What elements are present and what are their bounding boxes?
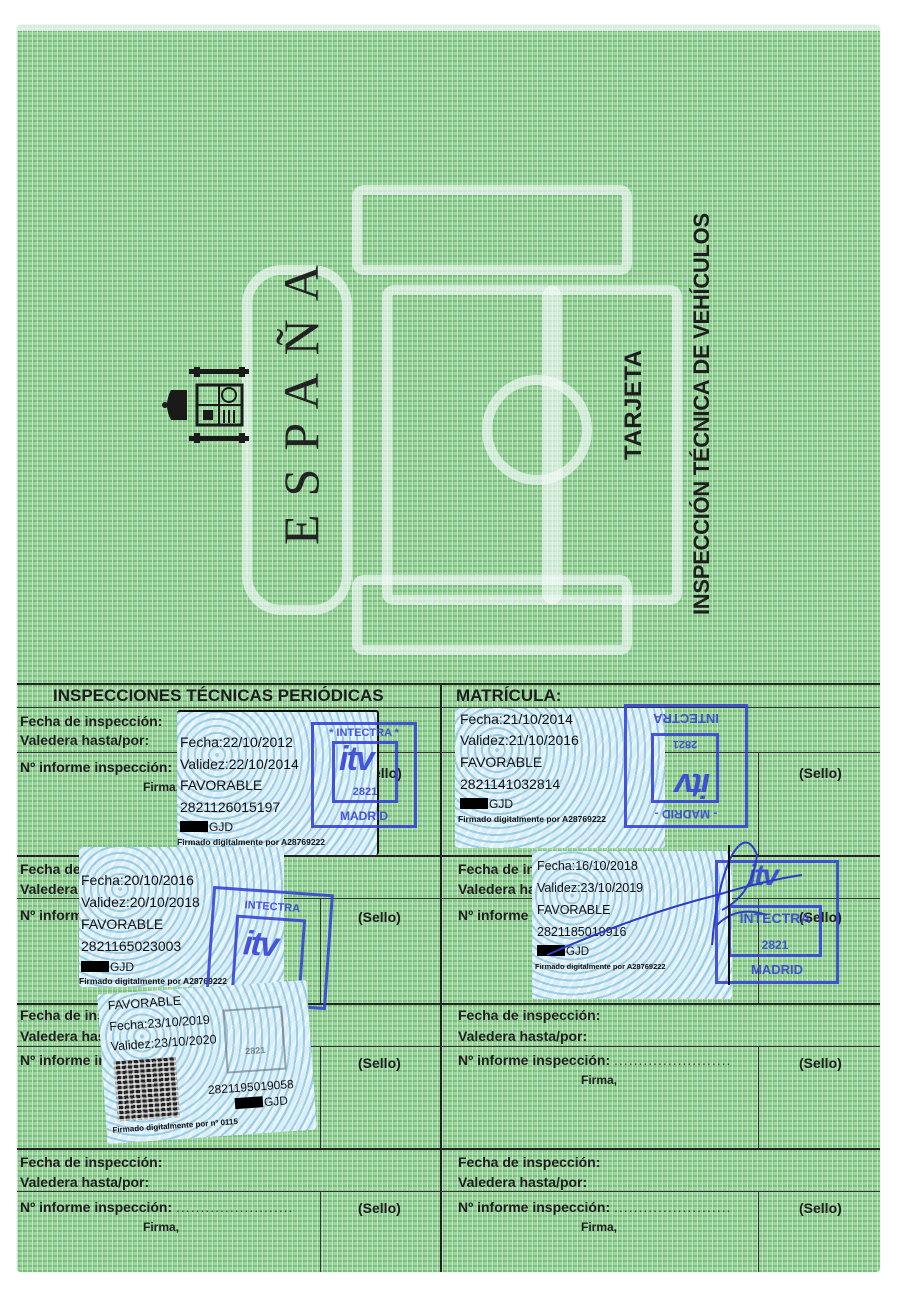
report-number-text: Nº informe inspección: (20, 1199, 172, 1215)
inspection-date-label: Fecha de inspección: (20, 713, 162, 729)
sticker-report-number: 2821141032814 (460, 776, 560, 792)
plate-suffix: GJD (209, 820, 233, 834)
seal-divider (320, 1046, 321, 1148)
seal-divider (758, 1191, 759, 1272)
plate-suffix: GJD (110, 960, 134, 974)
redaction-bar (180, 821, 208, 832)
valid-until-label: Valedera hasta/por: (20, 732, 149, 748)
report-number-text: Nº informe inspección: (458, 1199, 610, 1215)
redaction-bar (81, 961, 109, 972)
qr-code-icon (114, 1057, 180, 1121)
sticker-plate: GJD (235, 1093, 289, 1111)
sticker-validity: Validez:22/10/2014 (180, 756, 299, 772)
stamp-code: 2821 (227, 1044, 284, 1058)
faded-stamp: 2821 (222, 1006, 286, 1074)
inspection-date-label: Fecha de inspección: (458, 1154, 600, 1170)
stamp-code: 2821 (335, 786, 395, 798)
inspection-sticker: FAVORABLE Fecha:23/10/2019 Validez:23/10… (97, 980, 317, 1144)
sticker-plate: GJD (180, 820, 233, 834)
handwritten-signature (517, 825, 817, 985)
stamp-inner-box: itv 2821 (332, 741, 398, 803)
inspection-date-label: Fecha de inspección: (20, 1154, 162, 1170)
report-number-label: Nº informe inspección: (20, 759, 172, 775)
grid-line (17, 707, 880, 708)
report-number-dots: ........................ (614, 1052, 731, 1068)
sticker-report-number: 2821165023003 (81, 938, 181, 954)
stamp-city: MADRID (314, 809, 414, 823)
itv-stamp: * INTECTRA * itv 2821 MADRID (311, 722, 417, 828)
valid-until-label: Valedera hasta/por: (20, 1174, 149, 1190)
report-number-dots: ........................ (614, 1199, 731, 1215)
stamp-city: INTECTRA (627, 711, 745, 726)
signature-label: Firma, (581, 1073, 617, 1087)
country-title: ESPAÑA (272, 247, 330, 545)
itv-logo-icon: itv (676, 765, 710, 804)
grid-line (17, 683, 880, 685)
sticker-plate: GJD (81, 960, 134, 974)
sticker-date: Fecha:23/10/2019 (109, 1013, 211, 1034)
seal-label: (Sello) (358, 1200, 401, 1216)
stamp-code: 2821 (654, 738, 716, 750)
itv-card: ESPAÑA TARJETA INSPECCIÓN TÉCNICA DE VEH… (17, 25, 880, 1272)
grid-line (17, 1148, 880, 1150)
inspection-date-label: Fecha de inspección: (458, 1007, 600, 1023)
sticker-result: FAVORABLE (180, 777, 262, 793)
seal-divider (320, 1191, 321, 1272)
seal-divider (758, 1046, 759, 1148)
sticker-report-number: 2821126015197 (180, 799, 280, 815)
redaction-bar (460, 798, 488, 809)
seal-label: (Sello) (799, 1200, 842, 1216)
seal-label: (Sello) (358, 1055, 401, 1071)
report-number-label: Nº informe inspección: .................… (20, 1199, 293, 1215)
plate-suffix: GJD (263, 1093, 288, 1109)
sticker-signed-by: Firmado digitalmente por A28769222 (458, 814, 606, 824)
report-number-dots: ........................ (176, 1199, 293, 1215)
periodic-inspections-title: INSPECCIONES TÉCNICAS PERIÓDICAS (53, 686, 384, 706)
grid-line (17, 1191, 880, 1192)
sticker-plate: GJD (460, 797, 513, 811)
sticker-result: FAVORABLE (107, 994, 181, 1013)
report-number-label: Nº informe inspección: .................… (458, 1199, 731, 1215)
stamp-top-text: INTECTRA (215, 897, 331, 917)
stamp-inner-box: itv 2821 (651, 733, 719, 803)
sticker-validity: Validez:23/10/2020 (110, 1032, 217, 1053)
sticker-result: FAVORABLE (460, 754, 542, 770)
plate-suffix: GJD (489, 797, 513, 811)
itv-stamp: - MADRID - itv 2821 INTECTRA (624, 704, 748, 828)
sticker-validity: Validez:21/10/2016 (460, 732, 579, 748)
valid-until-label: Valedera hasta/por: (458, 1028, 587, 1044)
sticker-date: Fecha:21/10/2014 (460, 711, 573, 727)
seal-label: (Sello) (358, 909, 401, 925)
itv-logo-icon: itv (339, 740, 373, 779)
sticker-date: Fecha:20/10/2016 (81, 872, 194, 888)
grid-line (17, 752, 880, 753)
signature-label: Firma, (581, 1220, 617, 1234)
redaction-bar (235, 1096, 264, 1109)
signature-label: Firma, (143, 1220, 179, 1234)
card-title: TARJETA (620, 349, 648, 460)
report-number-text: Nº informe inspección: (458, 1052, 610, 1068)
coat-of-arms-icon (159, 365, 254, 445)
stamp-top-text: * INTECTRA * (314, 727, 414, 739)
sticker-result: FAVORABLE (81, 916, 163, 932)
column-divider (440, 683, 442, 1272)
sticker-date: Fecha:22/10/2012 (180, 734, 293, 750)
plate-label: MATRÍCULA: (456, 686, 561, 706)
seal-label: (Sello) (799, 765, 842, 781)
sticker-signed-by: Firmado digitalmente por A28769222 (79, 976, 227, 986)
valid-until-label: Valedera hasta/por: (458, 1174, 587, 1190)
sticker-validity: Validez:20/10/2018 (81, 894, 200, 910)
card-subtitle: INSPECCIÓN TÉCNICA DE VEHÍCULOS (689, 213, 715, 615)
stamp-top-text: - MADRID - (627, 807, 745, 821)
sticker-signed-by: Firmado digitalmente por A28769222 (177, 837, 325, 847)
report-number-label: Nº informe inspección: .................… (458, 1052, 731, 1068)
itv-logo-icon: itv (242, 924, 278, 965)
seal-label: (Sello) (799, 1055, 842, 1071)
signature-label: Firma, (143, 780, 179, 794)
